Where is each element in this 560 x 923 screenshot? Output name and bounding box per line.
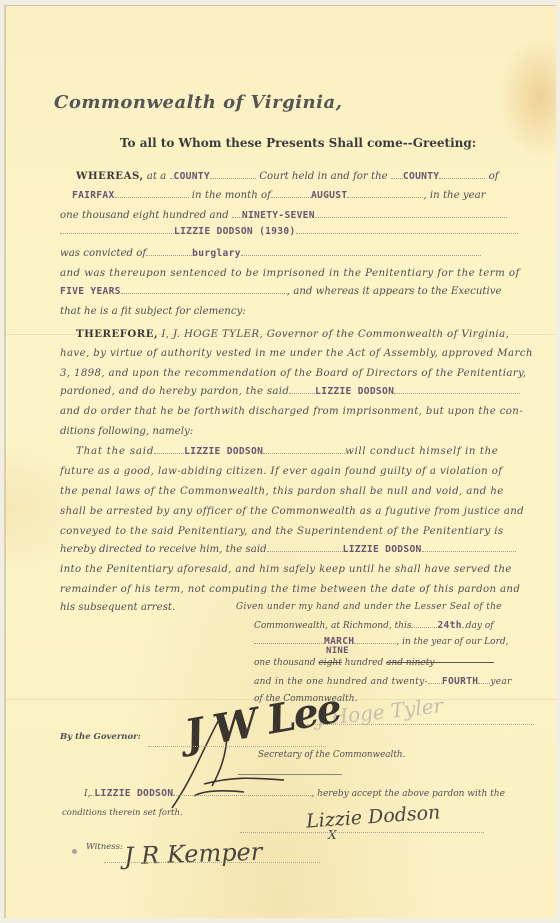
blank-line — [232, 216, 242, 218]
blank-line — [115, 196, 189, 198]
year-field: NINETY-SEVEN — [242, 210, 315, 221]
conditions-line-3: the penal laws of the Commonwealth, this… — [60, 486, 504, 497]
acceptance-name-field: LIZZIE DODSON — [94, 788, 173, 799]
pardonee-signature: Lizzie Dodson — [305, 801, 441, 832]
blank-line — [271, 196, 311, 198]
conditions-line-1: That the saidLIZZIE DODSONwill conduct h… — [76, 446, 498, 457]
witness-signature-line — [104, 862, 320, 863]
text: will conduct himself in the — [345, 446, 498, 457]
text: year — [490, 677, 511, 687]
receive-name-field: LIZZIE DODSON — [343, 544, 422, 555]
secretary-label: Secretary of the Commonwealth. — [258, 750, 405, 760]
blank-line — [146, 254, 192, 256]
text: of — [489, 171, 499, 182]
text: one thousand eight hundred and — [60, 210, 229, 221]
blank-line — [411, 626, 437, 628]
blank-line — [210, 177, 256, 179]
blank-line — [428, 682, 442, 684]
text: hereby directed to receive him, the said — [60, 544, 267, 555]
nine-insert: NINE — [326, 646, 349, 656]
by-the-governor-label: By the Governor: — [60, 732, 141, 742]
day-field: 24th — [437, 620, 461, 631]
court-type-field: COUNTY — [174, 171, 210, 182]
blank-line — [263, 452, 345, 454]
blank-line — [60, 232, 174, 234]
blank-line — [422, 550, 516, 552]
therefore-line-5: and do order that he be forthwith discha… — [60, 406, 523, 417]
blank-line — [347, 196, 423, 198]
text: in the month of — [192, 190, 271, 201]
text: Commonwealth, at Richmond, this — [254, 621, 411, 631]
secretary-signature-line — [148, 746, 326, 747]
therefore-lead: THEREFORE, — [76, 328, 158, 340]
pardoned-name-field: LIZZIE DODSON — [315, 386, 394, 397]
conditions-line-7: into the Penitentiary aforesaid, and him… — [60, 564, 512, 575]
blank-line — [154, 452, 184, 454]
text: , in the year — [423, 190, 485, 201]
therefore-line-6: ditions following, namely: — [60, 426, 193, 437]
text: and in the one hundred and twenty- — [254, 677, 428, 687]
whereas-line-7: FIVE YEARS, and whereas it appears to th… — [60, 286, 502, 297]
whereas-line-5: was convicted ofburglary — [60, 248, 481, 259]
text: , and whereas it appears to the Executiv… — [287, 286, 502, 297]
crime-field: burglary — [192, 248, 241, 259]
pardon-document: Commonwealth of Virginia, To all to Whom… — [4, 5, 556, 918]
therefore-line-2: have, by virtue of authority vested in m… — [60, 348, 533, 359]
text: at a — [147, 171, 166, 182]
given-line-4: one thousand eight hundred and ninety — [254, 658, 494, 668]
conditions-line-6: hereby directed to receive him, the said… — [60, 544, 516, 555]
secretary-rule — [238, 774, 342, 775]
text: hundred — [345, 658, 384, 668]
witness-label: Witness: — [86, 842, 123, 852]
convict-name-field: LIZZIE DODSON (1930) — [174, 226, 296, 237]
blank-line — [439, 177, 485, 179]
therefore-line-4: pardoned, and do hereby pardon, the said… — [60, 386, 520, 397]
conditions-line-5: conveyed to the said Penitentiary, and t… — [60, 526, 504, 537]
text: pardoned, and do hereby pardon, the said — [60, 386, 289, 397]
ordinal-field: FOURTH — [442, 676, 478, 687]
whereas-line-3: one thousand eight hundred and NINETY-SE… — [60, 210, 507, 221]
conditions-line-9: his subsequent arrest. — [60, 602, 175, 613]
blank-line — [241, 254, 481, 256]
blank-line — [289, 392, 315, 394]
blank-line — [478, 682, 490, 684]
sentence-term-field: FIVE YEARS — [60, 286, 121, 297]
blank-line — [173, 794, 311, 796]
blank-line — [121, 292, 287, 294]
whereas-line-4: LIZZIE DODSON (1930) — [60, 226, 518, 237]
county-name-field: FAIRFAX — [72, 190, 115, 201]
blank-line — [296, 232, 518, 234]
conditions-line-4: shall be arrested by any officer of the … — [60, 506, 524, 517]
text: I, J. HOGE TYLER, Governor of the Common… — [161, 329, 509, 340]
therefore-line-1: THEREFORE, I, J. HOGE TYLER, Governor of… — [76, 328, 509, 340]
strike-line — [434, 662, 494, 663]
blank-line — [315, 216, 507, 218]
jurisdiction-type-field: COUNTY — [403, 171, 439, 182]
pardonee-mark: X — [328, 828, 337, 842]
given-line-3: MARCH, in the year of our Lord, — [254, 636, 509, 647]
text: , hereby accept the above pardon with th… — [311, 789, 504, 799]
blank-line — [254, 642, 324, 644]
punch-hole-mark — [72, 849, 77, 854]
therefore-line-3: 3, 1898, and upon the recommendation of … — [60, 368, 526, 379]
month-field: AUGUST — [311, 190, 347, 201]
text: , in the year of our Lord, — [396, 637, 508, 647]
given-line-5: and in the one hundred and twenty-FOURTH… — [254, 676, 512, 687]
blank-line — [394, 392, 520, 394]
witness-signature: J R Kemper — [124, 838, 263, 871]
given-line-2: Commonwealth, at Richmond, this24thday o… — [254, 620, 494, 631]
secretary-signature-flourish — [164, 706, 324, 816]
pardonee-signature-line — [240, 832, 484, 833]
acceptance-line-1: I,LIZZIE DODSON, hereby accept the above… — [84, 788, 505, 799]
text: one thousand — [254, 658, 316, 668]
blank-line — [267, 550, 343, 552]
whereas-line-1: WHEREAS, at a COUNTY Court held in and f… — [76, 170, 499, 182]
salutation: To all to Whom these Presents Shall come… — [120, 136, 476, 150]
conditions-line-8: remainder of his term, not computing the… — [60, 584, 520, 595]
struck-text: eight — [318, 658, 341, 668]
text: was convicted of — [60, 248, 146, 259]
acceptance-line-2: conditions therein set forth. — [62, 808, 183, 818]
whereas-line-6: and was thereupon sentenced to be impris… — [60, 268, 520, 279]
blank-line — [391, 177, 403, 179]
whereas-line-8: that he is a fit subject for clemency: — [60, 306, 246, 317]
conduct-name-field: LIZZIE DODSON — [184, 446, 263, 457]
given-line-1: Given under my hand and under the Lesser… — [236, 602, 502, 612]
text: That the said — [76, 446, 154, 457]
whereas-line-2: FAIRFAX in the month ofAUGUST, in the ye… — [72, 190, 486, 201]
document-heading: Commonwealth of Virginia, — [54, 92, 342, 113]
whereas-lead: WHEREAS, — [76, 170, 144, 182]
struck-text: and ninety — [386, 658, 434, 668]
text: Court held in and for the — [259, 171, 387, 182]
blank-line — [354, 642, 396, 644]
text: day of — [466, 621, 494, 631]
conditions-line-2: future as a good, law-abiding citizen. I… — [60, 466, 502, 477]
